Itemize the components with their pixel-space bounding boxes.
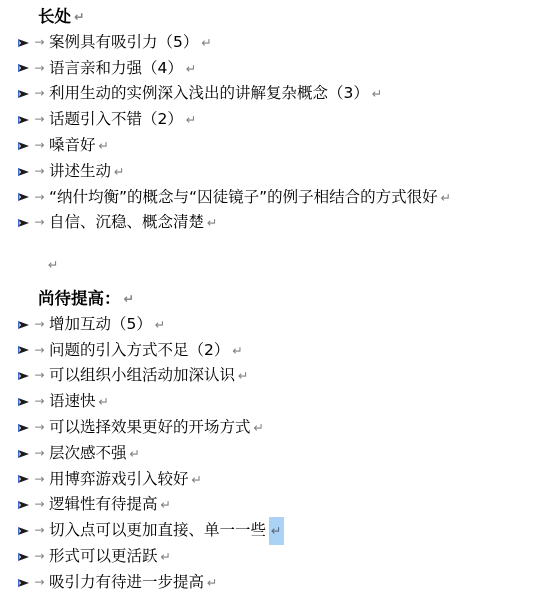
list-item[interactable]: → 话题引入不错（2） ↵: [0, 107, 538, 133]
list-item-text: 语言亲和力强（4）: [49, 56, 183, 82]
arrow-bullet-icon: [18, 191, 30, 203]
tab-mark-icon: →: [30, 518, 49, 544]
list-item-text: “纳什均衡”的概念与“囚徒镜子”的例子相结合的方式很好: [49, 185, 438, 211]
list-item-text: 案例具有吸引力（5）: [49, 30, 198, 56]
paragraph-mark-icon: ↵: [441, 185, 451, 211]
arrow-bullet-icon: [18, 114, 30, 126]
list-item[interactable]: → 吸引力有待进一步提高 ↵: [0, 570, 538, 596]
paragraph-mark-icon: ↵: [207, 570, 217, 596]
tab-mark-icon: →: [30, 415, 49, 441]
paragraph-mark-icon: ↵: [186, 107, 196, 133]
tab-mark-icon: →: [30, 133, 49, 159]
tab-mark-icon: →: [30, 492, 49, 518]
list-item[interactable]: → 可以选择效果更好的开场方式 ↵: [0, 415, 538, 441]
arrow-bullet-icon: [18, 448, 30, 460]
paragraph-mark-icon: ↵: [99, 389, 109, 415]
paragraph-mark-icon: ↵: [114, 159, 124, 185]
paragraph-mark-icon: ↵: [99, 133, 109, 159]
list-item[interactable]: → 嗓音好 ↵: [0, 133, 538, 159]
paragraph-mark-icon: ↵: [232, 338, 242, 364]
list-item-text: 嗓音好: [49, 133, 96, 159]
paragraph-mark-selected-icon: ↵: [269, 517, 283, 545]
list-item-text: 语速快: [49, 389, 96, 415]
paragraph-mark-icon: ↵: [372, 81, 382, 107]
list-item-text: 可以组织小组活动加深认识: [49, 363, 235, 389]
arrow-bullet-icon: [18, 217, 30, 229]
tab-mark-icon: →: [30, 363, 49, 389]
paragraph-mark-icon: ↵: [155, 312, 165, 338]
list-item[interactable]: → 形式可以更活跃 ↵: [0, 544, 538, 570]
tab-mark-icon: →: [30, 81, 49, 107]
list-item-text: 讲述生动: [49, 159, 111, 185]
list-item-text: 用博弈游戏引入较好: [49, 467, 189, 493]
list-item-text: 吸引力有待进一步提高: [49, 570, 204, 596]
tab-mark-icon: →: [30, 210, 49, 236]
list-item-text: 自信、沉稳、概念清楚: [49, 210, 204, 236]
heading-text: 尚待提高：: [38, 286, 121, 312]
arrow-bullet-icon: [18, 551, 30, 563]
list-item-text: 问题的引入方式不足（2）: [49, 338, 229, 364]
tab-mark-icon: →: [30, 107, 49, 133]
paragraph-mark-icon: ↵: [192, 467, 202, 493]
empty-paragraph[interactable]: ↵: [0, 252, 538, 278]
list-item[interactable]: → 自信、沉稳、概念清楚 ↵: [0, 210, 538, 236]
list-item-text: 层次感不强: [49, 441, 127, 467]
arrow-bullet-icon: [18, 422, 30, 434]
tab-mark-icon: →: [30, 30, 49, 56]
tab-mark-icon: →: [30, 467, 49, 493]
arrow-bullet-icon: [18, 473, 30, 485]
paragraph-mark-icon: ↵: [238, 363, 248, 389]
tab-mark-icon: →: [30, 159, 49, 185]
list-item[interactable]: → 利用生动的实例深入浅出的讲解复杂概念（3） ↵: [0, 81, 538, 107]
section-2-heading[interactable]: 尚待提高：↵: [0, 286, 538, 312]
arrow-bullet-icon: [18, 37, 30, 49]
tab-mark-icon: →: [30, 56, 49, 82]
list-item[interactable]: → 语速快 ↵: [0, 389, 538, 415]
arrow-bullet-icon: [18, 319, 30, 331]
list-item[interactable]: → 问题的引入方式不足（2） ↵: [0, 338, 538, 364]
list-item-text: 可以选择效果更好的开场方式: [49, 415, 251, 441]
tab-mark-icon: →: [30, 185, 49, 211]
paragraph-mark-icon: ↵: [124, 286, 134, 312]
list-item-text: 形式可以更活跃: [49, 544, 158, 570]
list-item[interactable]: → 语言亲和力强（4） ↵: [0, 56, 538, 82]
list-item-text: 增加互动（5）: [49, 312, 152, 338]
list-item[interactable]: → 案例具有吸引力（5） ↵: [0, 30, 538, 56]
tab-mark-icon: →: [30, 312, 49, 338]
paragraph-mark-icon: ↵: [161, 544, 171, 570]
arrow-bullet-icon: [18, 577, 30, 589]
arrow-bullet-icon: [18, 140, 30, 152]
list-item-text: 切入点可以更加直接、单一一些: [49, 518, 266, 544]
paragraph-mark-icon: ↵: [207, 210, 217, 236]
list-item-text: 逻辑性有待提高: [49, 492, 158, 518]
paragraph-mark-icon: ↵: [161, 492, 171, 518]
tab-mark-icon: →: [30, 570, 49, 596]
arrow-bullet-icon: [18, 525, 30, 537]
list-item[interactable]: → 切入点可以更加直接、单一一些 ↵: [0, 518, 538, 544]
list-item[interactable]: → 讲述生动 ↵: [0, 159, 538, 185]
list-item-text: 话题引入不错（2）: [49, 107, 183, 133]
heading-text: 长处: [38, 4, 71, 30]
list-item[interactable]: → “纳什均衡”的概念与“囚徒镜子”的例子相结合的方式很好 ↵: [0, 185, 538, 211]
list-item[interactable]: → 逻辑性有待提高 ↵: [0, 492, 538, 518]
arrow-bullet-icon: [18, 344, 30, 356]
paragraph-mark-icon: ↵: [48, 252, 58, 278]
arrow-bullet-icon: [18, 396, 30, 408]
document-page[interactable]: 长处↵ → 案例具有吸引力（5） ↵ → 语言亲和力强（4） ↵ → 利用生动的…: [0, 0, 538, 609]
paragraph-mark-icon: ↵: [130, 441, 140, 467]
list-item[interactable]: → 用博弈游戏引入较好 ↵: [0, 467, 538, 493]
list-item[interactable]: → 可以组织小组活动加深认识 ↵: [0, 363, 538, 389]
paragraph-mark-icon: ↵: [186, 56, 196, 82]
paragraph-mark-icon: ↵: [201, 30, 211, 56]
arrow-bullet-icon: [18, 88, 30, 100]
tab-mark-icon: →: [30, 544, 49, 570]
arrow-bullet-icon: [18, 166, 30, 178]
list-item[interactable]: → 增加互动（5） ↵: [0, 312, 538, 338]
list-item-text: 利用生动的实例深入浅出的讲解复杂概念（3）: [49, 81, 369, 107]
arrow-bullet-icon: [18, 370, 30, 382]
tab-mark-icon: →: [30, 389, 49, 415]
tab-mark-icon: →: [30, 338, 49, 364]
tab-mark-icon: →: [30, 441, 49, 467]
section-1-heading[interactable]: 长处↵: [0, 4, 538, 30]
document-content: 长处↵ → 案例具有吸引力（5） ↵ → 语言亲和力强（4） ↵ → 利用生动的…: [0, 0, 538, 596]
paragraph-mark-icon: ↵: [254, 415, 264, 441]
arrow-bullet-icon: [18, 499, 30, 511]
arrow-bullet-icon: [18, 62, 30, 74]
paragraph-mark-icon: ↵: [74, 4, 84, 30]
list-item[interactable]: → 层次感不强 ↵: [0, 441, 538, 467]
